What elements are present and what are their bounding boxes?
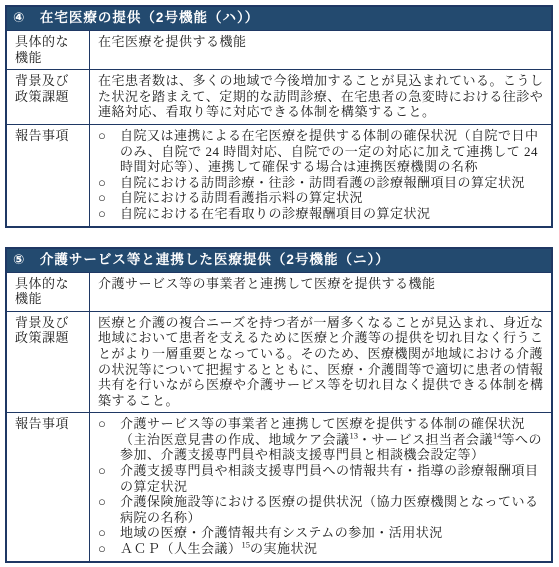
report-item-text: 介護サービス等の事業者と連携して医療を提供する体制の確保状況（主治医意見書の作成…: [120, 416, 544, 463]
report-item: ○介護サービス等の事業者と連携して医療を提供する体制の確保状況（主治医意見書の作…: [98, 416, 544, 463]
text-run: 地域の医療・介護情報共有システムの参加・活用状況: [120, 525, 443, 540]
report-item: ○介護保険施設等における医療の提供状況（協力医療機関となっている病院の名称）: [98, 494, 544, 525]
text-run: 自院における訪問診療・往診・訪問看護の診療報酬項目の算定状況: [120, 175, 525, 190]
footnote-ref: 14: [493, 431, 502, 441]
row-label-report-items: 報告事項: [7, 125, 90, 226]
text-run: 介護保険施設等における医療の提供状況（協力医療機関となっている病院の名称）: [120, 494, 539, 525]
report-item: ○自院又は連携による在宅医療を提供する体制の確保状況（自院で日中のみ、自院で 2…: [98, 128, 544, 175]
report-item-text: 地域の医療・介護情報共有システムの参加・活用状況: [120, 525, 544, 541]
report-item-text: 自院又は連携による在宅医療を提供する体制の確保状況（自院で日中のみ、自院で 24…: [120, 128, 544, 175]
row-label-specific-function: 具体的な機能: [7, 31, 90, 69]
report-item-text: ＡＣＰ（人生会議）15の実施状況: [120, 541, 544, 557]
table-care-service-coordination: ⑤ 介護サービス等と連携した医療提供（2号機能（ニ）） 具体的な機能 介護サービ…: [5, 247, 553, 563]
report-item: ○自院における在宅看取りの診療報酬項目の算定状況: [98, 206, 544, 222]
report-item: ○ＡＣＰ（人生会議）15の実施状況: [98, 541, 544, 557]
cell-specific-function: 介護サービス等の事業者と連携して医療を提供する機能: [90, 273, 551, 311]
row-specific-function: 具体的な機能 介護サービス等の事業者と連携して医療を提供する機能: [7, 272, 551, 311]
text-run: 自院における在宅看取りの診療報酬項目の算定状況: [120, 206, 431, 221]
report-item-text: 自院における訪問看護指示料の算定状況: [120, 190, 544, 206]
report-item: ○介護支援専門員や相談支援専門員への情報共有・指導の診療報酬項目の算定状況: [98, 463, 544, 494]
report-item-text: 介護保険施設等における医療の提供状況（協力医療機関となっている病院の名称）: [120, 494, 544, 525]
circle-bullet-icon: ○: [98, 463, 120, 479]
table-header-home-medical-care: ④ 在宅医療の提供（2号機能（ハ））: [7, 7, 551, 30]
circle-bullet-icon: ○: [98, 175, 120, 191]
text-run: ＡＣＰ（人生会議）: [120, 541, 242, 556]
circle-bullet-icon: ○: [98, 494, 120, 510]
row-background-policy: 背景及び政策課題 医療と介護の複合ニーズを持つ者が一層多くなることが見込まれ、身…: [7, 311, 551, 413]
circle-bullet-icon: ○: [98, 190, 120, 206]
row-report-items: 報告事項 ○介護サービス等の事業者と連携して医療を提供する体制の確保状況（主治医…: [7, 412, 551, 560]
row-label-background-policy: 背景及び政策課題: [7, 312, 90, 413]
report-item-text: 自院における在宅看取りの診療報酬項目の算定状況: [120, 206, 544, 222]
text-run: 自院又は連携による在宅医療を提供する体制の確保状況（自院で日中のみ、自院で 24…: [120, 128, 539, 174]
table-home-medical-care: ④ 在宅医療の提供（2号機能（ハ）） 具体的な機能 在宅医療を提供する機能 背景…: [5, 5, 553, 228]
text-run: 介護支援専門員や相談支援専門員への情報共有・指導の診療報酬項目の算定状況: [120, 463, 539, 494]
cell-specific-function: 在宅医療を提供する機能: [90, 31, 551, 69]
cell-report-items: ○自院又は連携による在宅医療を提供する体制の確保状況（自院で日中のみ、自院で 2…: [90, 125, 551, 226]
circle-bullet-icon: ○: [98, 416, 120, 432]
cell-background-policy: 医療と介護の複合ニーズを持つ者が一層多くなることが見込まれ、身近な地域において患…: [90, 312, 551, 413]
text-run: の実施状況: [250, 541, 318, 556]
document-page: ④ 在宅医療の提供（2号機能（ハ）） 具体的な機能 在宅医療を提供する機能 背景…: [0, 0, 559, 567]
text-run: ・サービス担当者会議: [358, 432, 493, 447]
table-header-care-service-coordination: ⑤ 介護サービス等と連携した医療提供（2号機能（ニ））: [7, 249, 551, 272]
row-background-policy: 背景及び政策課題 在宅患者数は、多くの地域で今後増加することが見込まれている。こ…: [7, 69, 551, 124]
row-label-background-policy: 背景及び政策課題: [7, 70, 90, 124]
cell-report-items: ○介護サービス等の事業者と連携して医療を提供する体制の確保状況（主治医意見書の作…: [90, 413, 551, 560]
circle-bullet-icon: ○: [98, 525, 120, 541]
footnote-ref: 13: [350, 431, 359, 441]
row-label-report-items: 報告事項: [7, 413, 90, 560]
circle-bullet-icon: ○: [98, 541, 120, 557]
report-item: ○自院における訪問診療・往診・訪問看護の診療報酬項目の算定状況: [98, 175, 544, 191]
text-run: 自院における訪問看護指示料の算定状況: [120, 190, 363, 205]
report-item-text: 自院における訪問診療・往診・訪問看護の診療報酬項目の算定状況: [120, 175, 544, 191]
report-item: ○地域の医療・介護情報共有システムの参加・活用状況: [98, 525, 544, 541]
cell-background-policy: 在宅患者数は、多くの地域で今後増加することが見込まれている。こうした状況を踏まえ…: [90, 70, 551, 124]
report-item: ○自院における訪問看護指示料の算定状況: [98, 190, 544, 206]
report-item-text: 介護支援専門員や相談支援専門員への情報共有・指導の診療報酬項目の算定状況: [120, 463, 544, 494]
circle-bullet-icon: ○: [98, 206, 120, 222]
row-report-items: 報告事項 ○自院又は連携による在宅医療を提供する体制の確保状況（自院で日中のみ、…: [7, 124, 551, 226]
row-specific-function: 具体的な機能 在宅医療を提供する機能: [7, 30, 551, 69]
circle-bullet-icon: ○: [98, 128, 120, 144]
row-label-specific-function: 具体的な機能: [7, 273, 90, 311]
footnote-ref: 15: [242, 540, 251, 550]
